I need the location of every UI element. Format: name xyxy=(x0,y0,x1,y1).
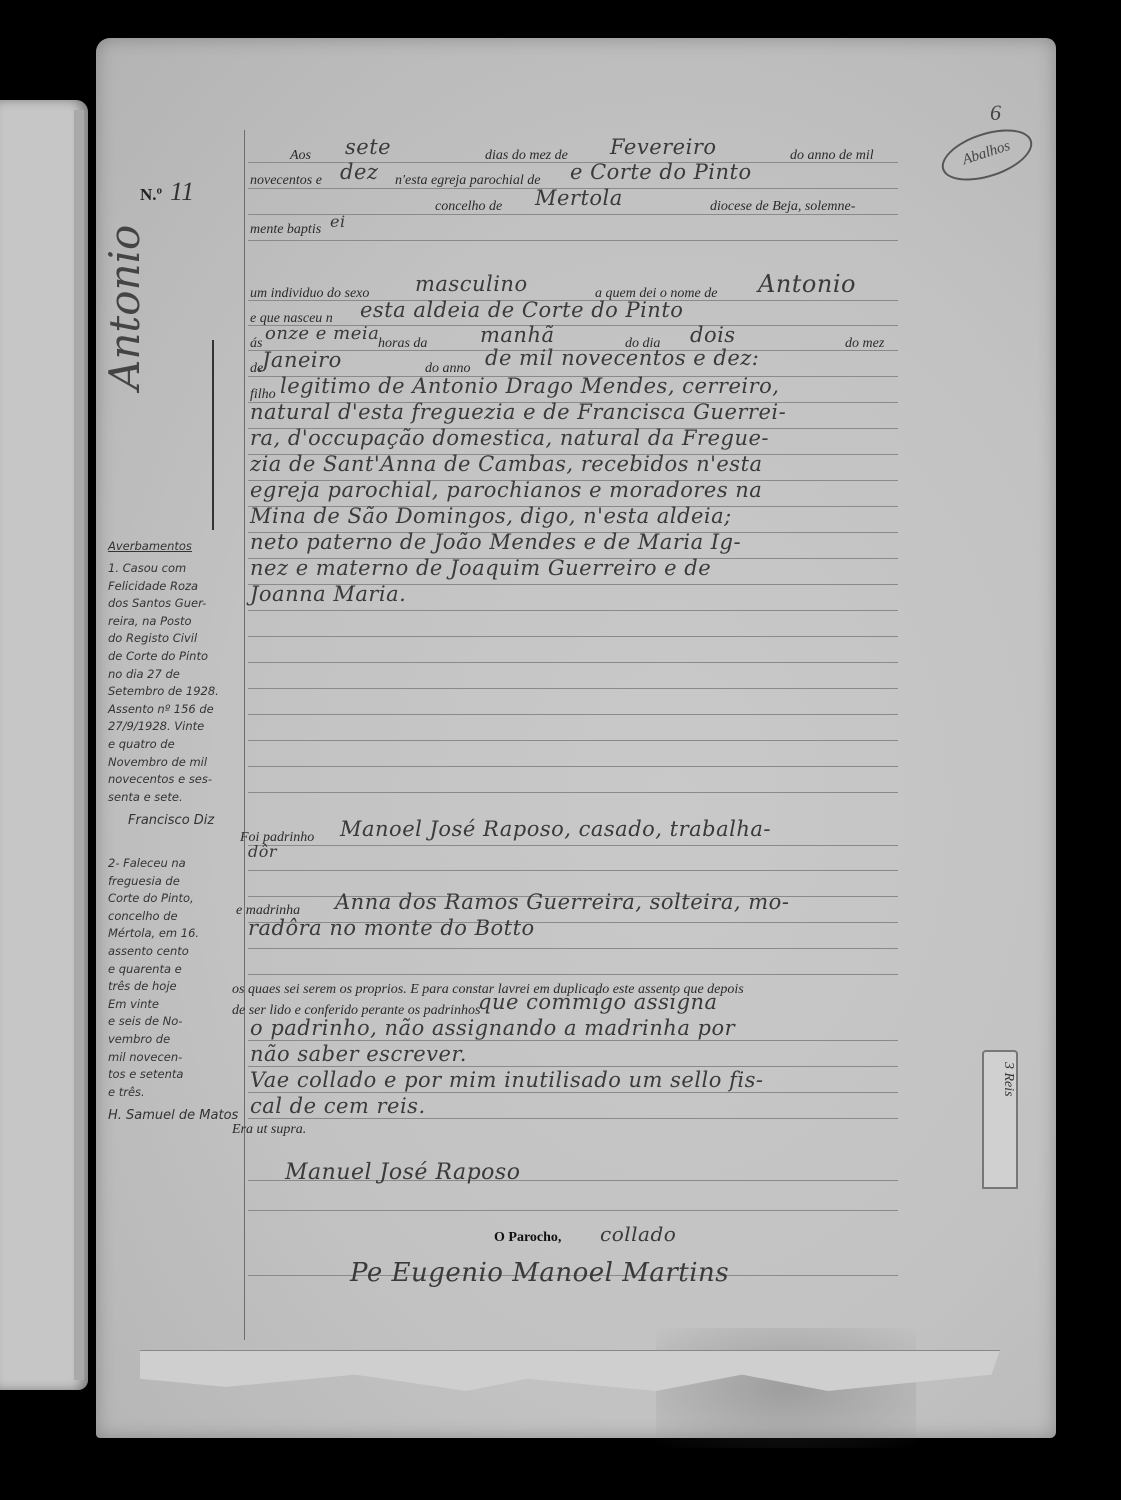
note-line: 2- Faleceu na xyxy=(108,855,258,873)
parents-line: Mina de São Domingos, digo, n'esta aldei… xyxy=(250,504,732,528)
ruled-line xyxy=(248,688,898,689)
parents-line: Joanna Maria. xyxy=(250,582,406,606)
ruled-line xyxy=(248,1066,898,1067)
printed-diocese: diocese de Beja, solemne- xyxy=(710,199,855,215)
note-line: Setembro de 1928. xyxy=(108,683,258,701)
margin-name-underline xyxy=(212,340,214,530)
parents-line: neto paterno de João Mendes e de Maria I… xyxy=(250,530,741,554)
printed-horas: horas da xyxy=(378,336,427,352)
note-line: de Corte do Pinto xyxy=(108,648,258,666)
printed-as: ás xyxy=(250,336,262,352)
note-line: 27/9/1928. Vinte xyxy=(108,718,258,736)
priest-signature: Pe Eugenio Manoel Martins xyxy=(350,1258,729,1288)
hand-birth-day: dois xyxy=(690,323,736,347)
note-line: dos Santos Guer- xyxy=(108,595,258,613)
side-tab: 3 Reis xyxy=(982,1050,1018,1189)
parents-line: ra, d'occupação domestica, natural da Fr… xyxy=(250,426,769,450)
hand-year: dez xyxy=(340,160,378,184)
parents-line: natural d'esta freguezia e de Francisca … xyxy=(250,400,786,424)
ruled-line xyxy=(248,1040,898,1041)
hand-month: Fevereiro xyxy=(610,135,717,159)
closing-line: Vae collado e por mim inutilisado um sel… xyxy=(250,1068,763,1092)
margin-heading: Averbamentos xyxy=(108,538,258,556)
ruled-line xyxy=(248,740,898,741)
water-stain xyxy=(656,1328,916,1448)
note-line: e quatro de xyxy=(108,736,258,754)
note-line: vembro de xyxy=(108,1031,258,1049)
hand-hour: onze e meia xyxy=(265,323,379,344)
note-line: Novembro de mil xyxy=(108,754,258,772)
side-tab-text: 3 Reis xyxy=(984,1062,1016,1097)
note-line: e seis de No- xyxy=(108,1013,258,1031)
hand-period: manhã xyxy=(480,323,555,347)
ruled-line xyxy=(248,974,898,975)
note-line: freguesia de xyxy=(108,873,258,891)
note-line: concelho de xyxy=(108,908,258,926)
note-line: Em vinte xyxy=(108,996,258,1014)
note-line: três de hoje xyxy=(108,978,258,996)
ruled-line xyxy=(248,1118,898,1119)
hand-municipality: Mertola xyxy=(535,186,623,210)
note-line: mil novecen- xyxy=(108,1049,258,1067)
printed-parocho: O Parocho, xyxy=(494,1230,561,1246)
note-signature: H. Samuel de Matos xyxy=(108,1107,258,1125)
hand-birth-month: Janeiro xyxy=(262,348,342,372)
closing-line: cal de cem reis. xyxy=(250,1094,426,1118)
closing-line: o padrinho, não assignando a madrinha po… xyxy=(250,1016,735,1040)
printed-aos: Aos xyxy=(290,148,311,164)
note-line: tos e setenta xyxy=(108,1066,258,1084)
hand-day: sete xyxy=(345,135,391,159)
parents-line: legitimo de Antonio Drago Mendes, cerrei… xyxy=(280,374,779,398)
note-line: Assento nº 156 de xyxy=(108,701,258,719)
record-number: 11 xyxy=(170,177,194,207)
ruled-line xyxy=(248,240,898,241)
hand-name: Antonio xyxy=(758,270,856,298)
printed-anno: do anno de mil xyxy=(790,148,874,164)
ruled-line xyxy=(248,610,898,611)
printed-concelho: concelho de xyxy=(435,199,502,215)
note-line: senta e sete. xyxy=(108,789,258,807)
margin-name: Antonio xyxy=(100,225,149,390)
note-line: assento cento xyxy=(108,943,258,961)
page-number: 6 xyxy=(990,100,1001,126)
hand-birthplace: esta aldeia de Corte do Pinto xyxy=(360,298,683,322)
note-line: Corte do Pinto, xyxy=(108,890,258,908)
ruled-line xyxy=(248,792,898,793)
note-line: Mértola, em 16. xyxy=(108,925,258,943)
ruled-line xyxy=(248,766,898,767)
godfather-line: Manoel José Raposo, casado, trabalha- xyxy=(340,817,771,841)
closing-line: não saber escrever. xyxy=(250,1042,467,1066)
parents-line: egreja parochial, parochianos e moradore… xyxy=(250,478,762,502)
printed-individuo: um individuo do sexo xyxy=(250,286,369,302)
note-line: e três. xyxy=(108,1084,258,1102)
hand-baptised: ei xyxy=(330,212,346,231)
ruled-line xyxy=(248,662,898,663)
parents-line: zia de Sant'Anna de Cambas, recebidos n'… xyxy=(250,452,763,476)
godmother-line: radôra no monte do Botto xyxy=(248,916,535,940)
note-line: e quarenta e xyxy=(108,961,258,979)
printed-mente: mente baptis xyxy=(250,222,321,238)
hand-parish: e Corte do Pinto xyxy=(570,160,752,184)
parents-line: nez e materno de Joaquim Guerreiro e de xyxy=(250,556,711,580)
note-line: 1. Casou com xyxy=(108,560,258,578)
ruled-line xyxy=(248,714,898,715)
note-line: do Registo Civil xyxy=(108,630,258,648)
note-signature: Francisco Diz xyxy=(108,812,258,830)
hand-birth-year: de mil novecentos e dez: xyxy=(485,346,759,370)
priest-title: collado xyxy=(600,1222,676,1246)
note-line: no dia 27 de xyxy=(108,666,258,684)
godmother-line: Anna dos Ramos Guerreira, solteira, mo- xyxy=(335,890,789,914)
ruled-line xyxy=(248,1092,898,1093)
ruled-line xyxy=(248,1210,898,1211)
godfather-signature: Manuel José Raposo xyxy=(285,1160,520,1185)
note-line: Felicidade Roza xyxy=(108,578,258,596)
printed-novecentos: novecentos e xyxy=(250,173,322,189)
hand-sex: masculino xyxy=(415,272,528,296)
printed-mez: do mez xyxy=(845,336,884,352)
record-number-label: N.º xyxy=(140,185,162,205)
ruled-line xyxy=(248,870,898,871)
closing-line: que commigo assigna xyxy=(478,990,718,1014)
printed-egreja: n'esta egreja parochial de xyxy=(395,173,540,189)
margin-note-1: 1. Casou com Felicidade Roza dos Santos … xyxy=(108,560,258,830)
note-line: novecentos e ses- xyxy=(108,771,258,789)
ruled-line xyxy=(248,948,898,949)
margin-note-2: 2- Faleceu na freguesia de Corte do Pint… xyxy=(108,855,258,1125)
ruled-line xyxy=(248,636,898,637)
printed-dias: dias do mez de xyxy=(485,148,568,164)
note-line: reira, na Posto xyxy=(108,613,258,631)
left-page-edge xyxy=(74,110,84,1380)
ruled-line xyxy=(248,845,898,846)
